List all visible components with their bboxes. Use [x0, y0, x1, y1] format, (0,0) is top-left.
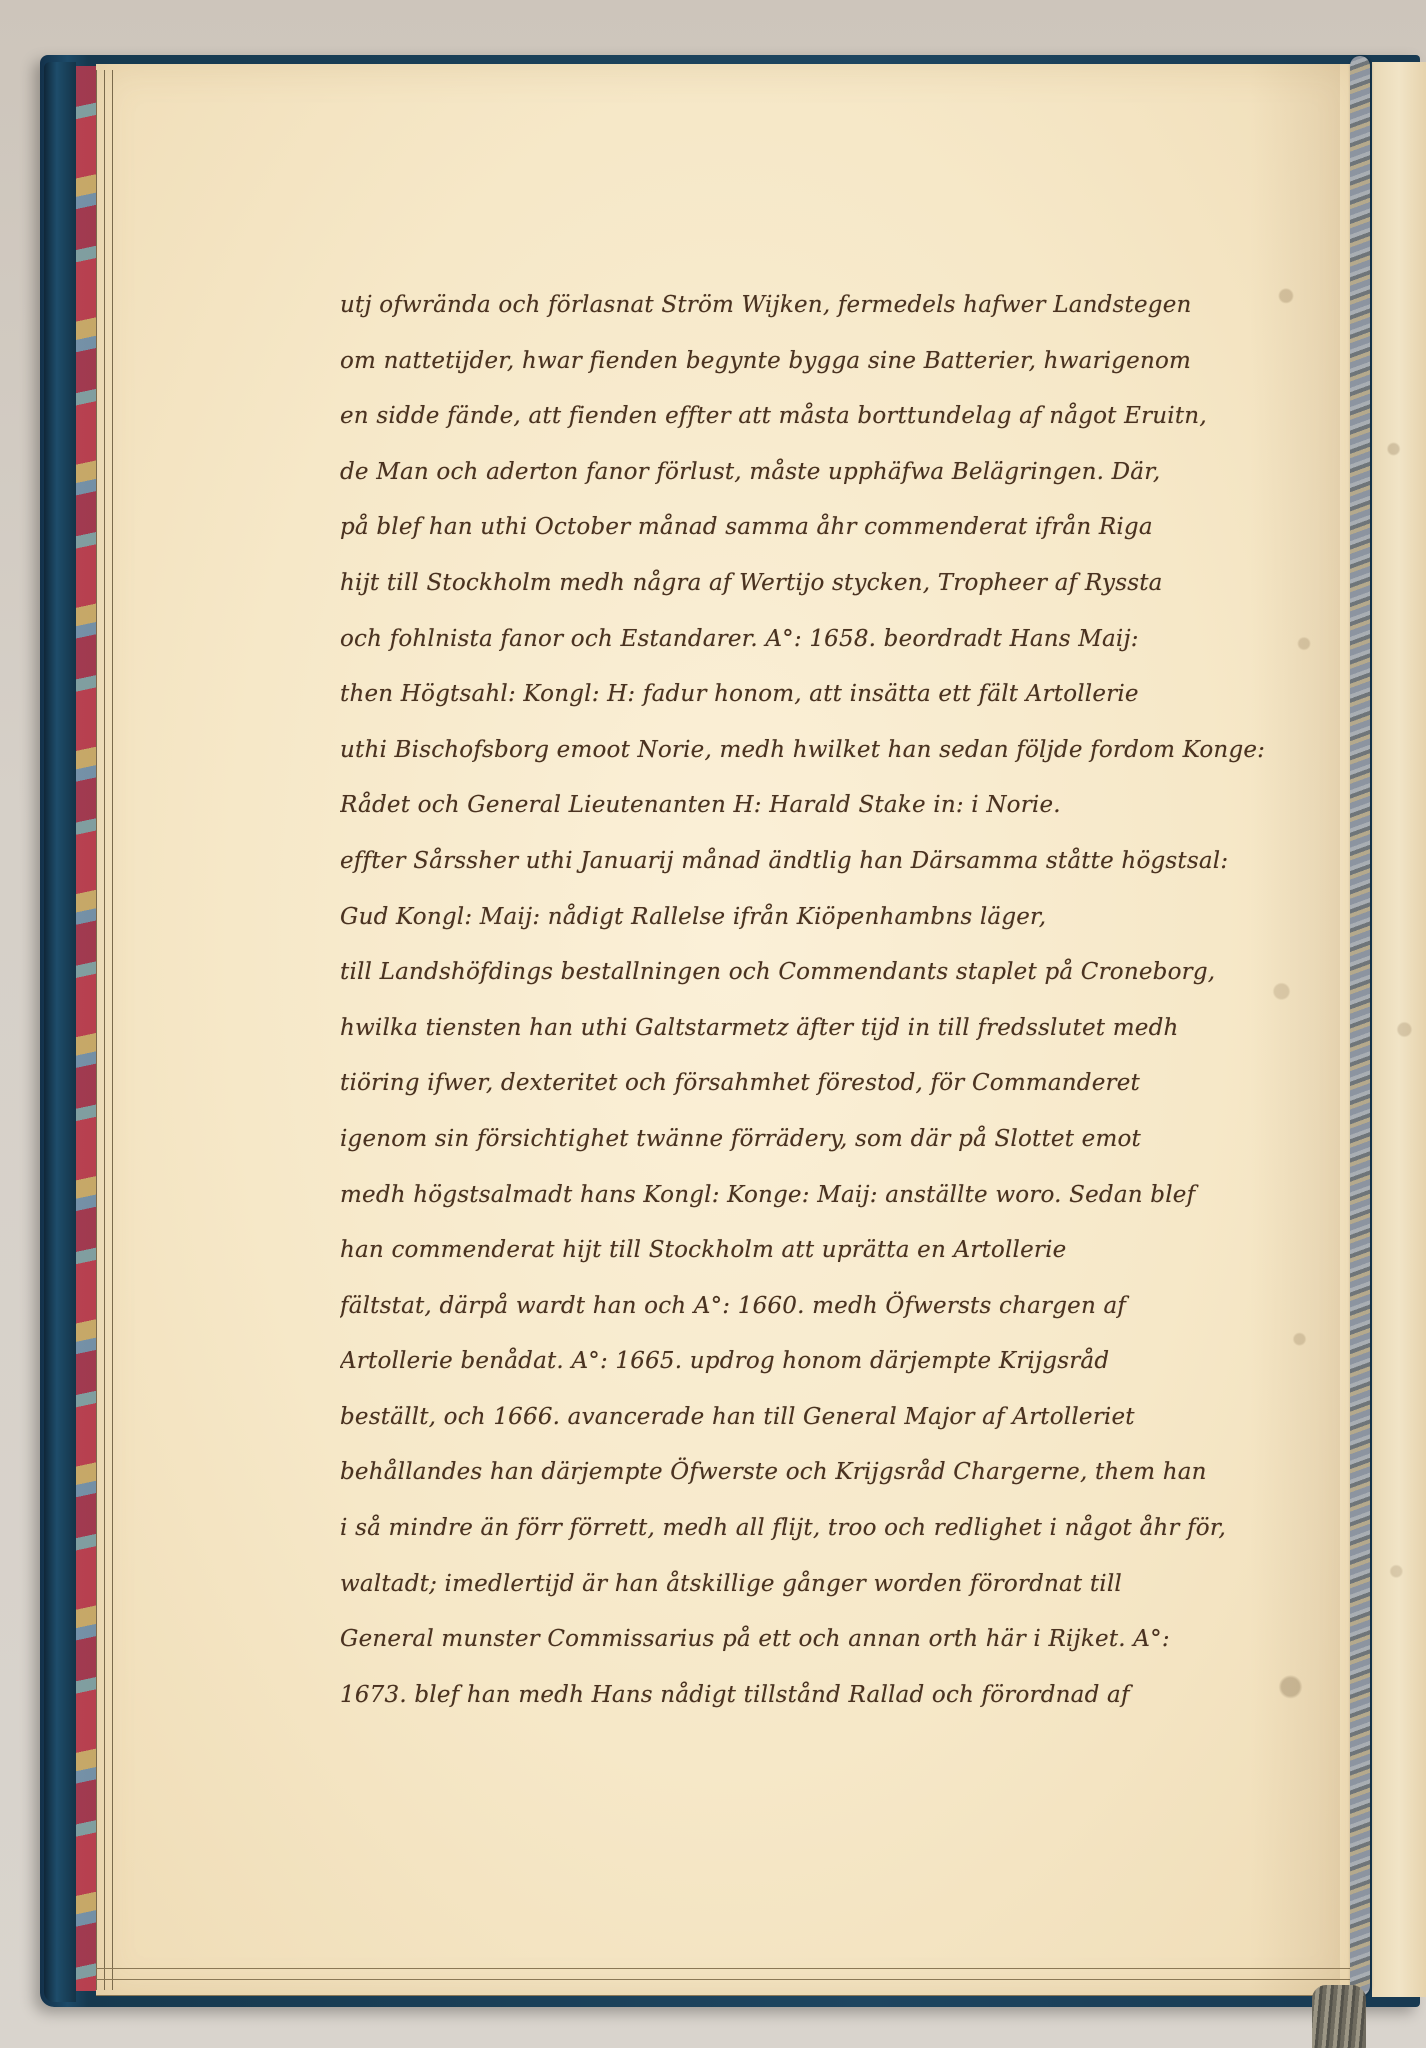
text-line: han commenderat hijt till Stockholm att … [340, 1223, 1340, 1279]
text-line: om nattetijder, hwar fienden begynte byg… [340, 334, 1340, 390]
text-line: beställt, och 1666. avancerade han till … [340, 1390, 1340, 1446]
facing-page-edge [1372, 62, 1426, 1997]
text-line: tiöring ifwer, dexteritet och försahmhet… [340, 1056, 1340, 1112]
page-bottom-edge-lines [96, 1968, 1358, 1996]
text-line: igenom sin försichtighet twänne förräder… [340, 1112, 1340, 1168]
velvet-binding-edge [44, 62, 76, 2002]
text-line: Gud Kongl: Maij: nådigt Rallelse ifrån K… [340, 890, 1340, 946]
text-line: till Landshöfdings bestallningen och Com… [340, 945, 1340, 1001]
text-line: på blef han uthi October månad samma åhr… [340, 500, 1340, 556]
text-line: i så mindre än förr förrett, medh all fl… [340, 1501, 1340, 1557]
text-line: fältstat, därpå wardt han och A°: 1660. … [340, 1279, 1340, 1335]
marbled-endpaper-edge [76, 66, 96, 1991]
text-line: Rådet och General Lieutenanten H: Harald… [340, 778, 1340, 834]
text-line: medh högstsalmadt hans Kongl: Konge: Mai… [340, 1168, 1340, 1224]
text-line: behållandes han därjempte Öfwerste och K… [340, 1445, 1340, 1501]
text-line: hijt till Stockholm medh några af Wertij… [340, 556, 1340, 612]
text-line: waltadt; imedlertijd är han åtskillige g… [340, 1557, 1340, 1613]
bookmark-tassel[interactable] [1312, 1985, 1366, 2048]
text-line: utj ofwrända och förlasnat Ström Wijken,… [340, 278, 1340, 334]
text-line: hwilka tiensten han uthi Galtstarmetz äf… [340, 1001, 1340, 1057]
text-line: General munster Commissarius på ett och … [340, 1612, 1340, 1668]
bookmark-cord[interactable] [1350, 56, 1370, 1996]
text-line: uthi Bischofsborg emoot Norie, medh hwil… [340, 723, 1340, 779]
page-edge-lines [96, 70, 119, 1990]
text-line: 1673. blef han medh Hans nådigt tillstån… [340, 1668, 1340, 1724]
text-line: then Högtsahl: Kongl: H: fadur honom, at… [340, 667, 1340, 723]
text-line: Artollerie benådat. A°: 1665. updrog hon… [340, 1334, 1340, 1390]
text-line: en sidde fände, att fienden effter att m… [340, 389, 1340, 445]
handwritten-text-block: utj ofwrända och förlasnat Ström Wijken,… [340, 278, 1340, 1723]
text-line: och fohlnista fanor och Estandarer. A°: … [340, 612, 1340, 668]
text-line: effter Sårssher uthi Januarij månad ändt… [340, 834, 1340, 890]
text-line: de Man och aderton fanor förlust, måste … [340, 445, 1340, 501]
